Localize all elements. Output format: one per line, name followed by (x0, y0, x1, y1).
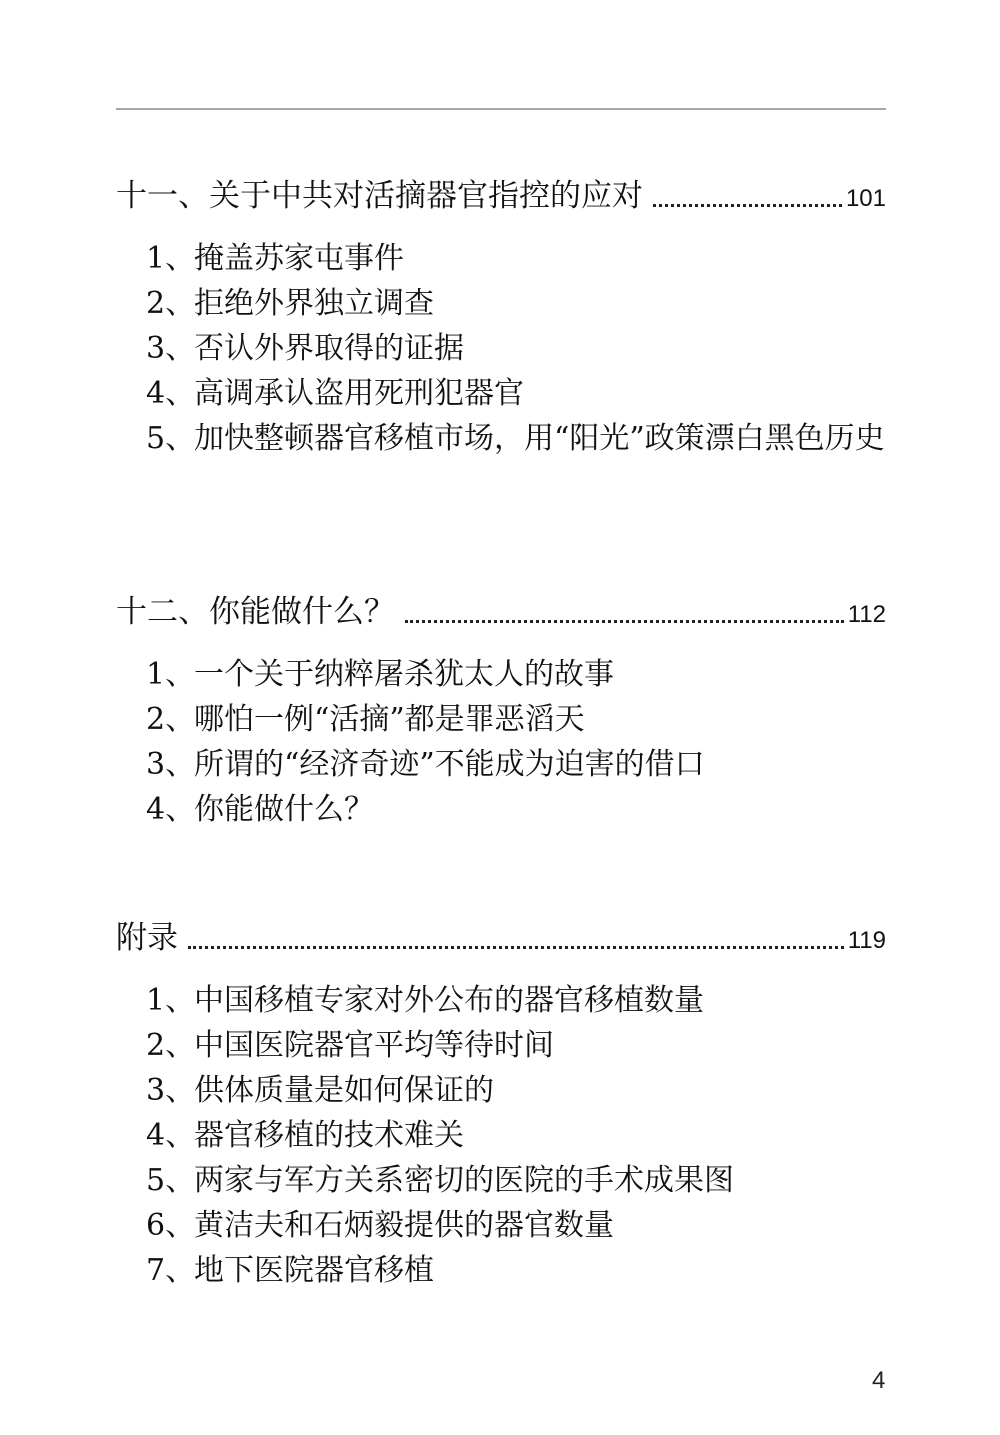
item-text: 所谓的“经济奇迹”不能成为迫害的借口 (194, 742, 886, 787)
list-item[interactable]: 4、高调承认盗用死刑犯器官 (146, 371, 886, 416)
item-text: 高调承认盗用死刑犯器官 (194, 371, 886, 416)
item-text: 地下医院器官移植 (194, 1248, 886, 1293)
header-rule (116, 108, 886, 110)
dot-leader (188, 946, 844, 949)
item-number: 5、 (146, 1158, 194, 1203)
section-page-number: 101 (846, 182, 886, 216)
item-number: 3、 (146, 1068, 194, 1113)
item-text: 供体质量是如何保证的 (194, 1068, 886, 1113)
list-item[interactable]: 1、掩盖苏家屯事件 (146, 236, 886, 281)
section-title: 十一、关于中共对活摘器官指控的应对 (116, 176, 643, 216)
item-number: 3、 (146, 326, 194, 371)
section-page-number: 112 (848, 598, 886, 632)
list-item[interactable]: 1、一个关于纳粹屠杀犹太人的故事 (146, 652, 886, 697)
item-text: 拒绝外界独立调查 (194, 281, 886, 326)
item-number: 2、 (146, 697, 194, 742)
list-item[interactable]: 5、加快整顿器官移植市场，用“阳光”政策漂白黑色历史 (146, 416, 886, 461)
subsection-list: 1、中国移植专家对外公布的器官移植数量 2、中国医院器官平均等待时间 3、供体质… (146, 978, 886, 1293)
list-item[interactable]: 7、地下医院器官移植 (146, 1248, 886, 1293)
item-text: 两家与军方关系密切的医院的手术成果图 (194, 1158, 886, 1203)
item-number: 4、 (146, 1113, 194, 1158)
item-number: 2、 (146, 281, 194, 326)
toc-entry-appendix[interactable]: 附录 119 (116, 914, 886, 958)
item-text: 中国移植专家对外公布的器官移植数量 (194, 978, 886, 1023)
dot-leader (405, 620, 844, 623)
item-number: 1、 (146, 978, 194, 1023)
item-text: 黄洁夫和石炳毅提供的器官数量 (194, 1203, 886, 1248)
item-number: 1、 (146, 236, 194, 281)
list-item[interactable]: 1、中国移植专家对外公布的器官移植数量 (146, 978, 886, 1023)
subsection-list: 1、掩盖苏家屯事件 2、拒绝外界独立调查 3、否认外界取得的证据 4、高调承认盗… (146, 236, 886, 461)
item-text: 你能做什么？ (194, 787, 886, 832)
item-text: 掩盖苏家屯事件 (194, 236, 886, 281)
item-text: 否认外界取得的证据 (194, 326, 886, 371)
item-text: 中国医院器官平均等待时间 (194, 1023, 886, 1068)
item-number: 4、 (146, 371, 194, 416)
section-title: 十二、你能做什么？ (116, 592, 395, 632)
list-item[interactable]: 3、所谓的“经济奇迹”不能成为迫害的借口 (146, 742, 886, 787)
item-number: 6、 (146, 1203, 194, 1248)
list-item[interactable]: 3、供体质量是如何保证的 (146, 1068, 886, 1113)
list-item[interactable]: 3、否认外界取得的证据 (146, 326, 886, 371)
list-item[interactable]: 4、器官移植的技术难关 (146, 1113, 886, 1158)
list-item[interactable]: 6、黄洁夫和石炳毅提供的器官数量 (146, 1203, 886, 1248)
subsection-list: 1、一个关于纳粹屠杀犹太人的故事 2、哪怕一例“活摘”都是罪恶滔天 3、所谓的“… (146, 652, 886, 832)
list-item[interactable]: 2、哪怕一例“活摘”都是罪恶滔天 (146, 697, 886, 742)
toc-entry-section-12[interactable]: 十二、你能做什么？ 112 (116, 588, 886, 632)
item-text: 器官移植的技术难关 (194, 1113, 886, 1158)
section-title: 附录 (116, 918, 178, 958)
item-text: 一个关于纳粹屠杀犹太人的故事 (194, 652, 886, 697)
item-text: 哪怕一例“活摘”都是罪恶滔天 (194, 697, 886, 742)
dot-leader (653, 204, 842, 207)
item-number: 1、 (146, 652, 194, 697)
item-number: 7、 (146, 1248, 194, 1293)
list-item[interactable]: 4、你能做什么？ (146, 787, 886, 832)
toc-entry-section-11[interactable]: 十一、关于中共对活摘器官指控的应对 101 (116, 172, 886, 216)
list-item[interactable]: 2、拒绝外界独立调查 (146, 281, 886, 326)
item-number: 5、 (146, 416, 194, 461)
item-number: 3、 (146, 742, 194, 787)
item-number: 2、 (146, 1023, 194, 1068)
item-number: 4、 (146, 787, 194, 832)
list-item[interactable]: 2、中国医院器官平均等待时间 (146, 1023, 886, 1068)
item-text: 加快整顿器官移植市场，用“阳光”政策漂白黑色历史 (194, 416, 886, 461)
list-item[interactable]: 5、两家与军方关系密切的医院的手术成果图 (146, 1158, 886, 1203)
section-page-number: 119 (848, 924, 886, 958)
page-number: 4 (872, 1367, 885, 1395)
